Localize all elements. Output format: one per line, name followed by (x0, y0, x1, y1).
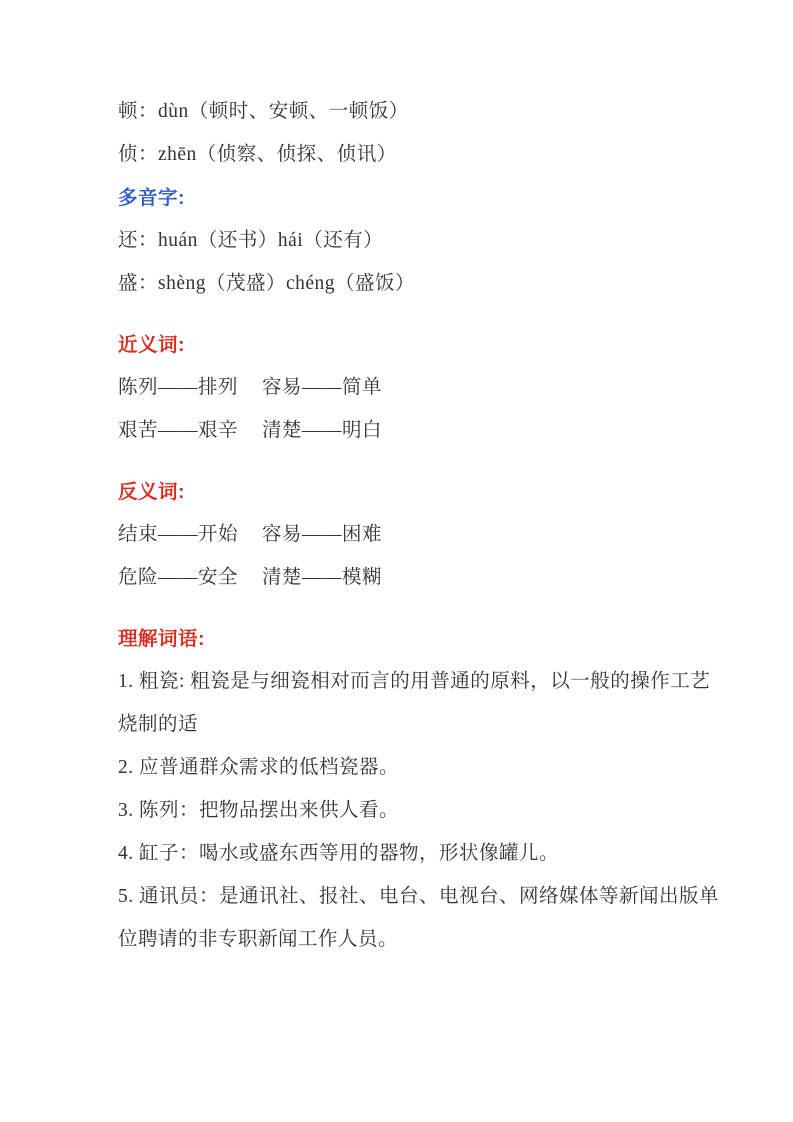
section-heading-polyphones: 多音字: (118, 186, 723, 210)
definition-line: 3. 陈列：把物品摆出来供人看。 (118, 799, 723, 823)
definition-line: 5. 通讯员：是通讯社、报社、电台、电视台、网络媒体等新闻出版单 (118, 885, 723, 909)
antonym-pair-row: 结束——开始容易——困难 (118, 523, 723, 547)
document-page: 顿：dùn（顿时、安顿、一顿饭） 侦：zhēn（侦察、侦探、侦讯） 多音字: 还… (0, 0, 793, 1122)
definition-line: 位聘请的非专职新闻工作人员。 (118, 928, 723, 952)
definition-line: 1. 粗瓷: 粗瓷是与细瓷相对而言的用普通的原料，以一般的操作工艺 (118, 670, 723, 694)
synonym-pair-row: 陈列——排列容易——简单 (118, 376, 723, 400)
synonym-pair: 陈列——排列 (118, 376, 262, 400)
synonym-pair: 艰苦——艰辛 (118, 419, 262, 443)
antonym-pair: 危险——安全 (118, 566, 262, 590)
antonym-pair: 容易——困难 (262, 524, 382, 545)
section-heading-definitions: 理解词语: (118, 627, 723, 651)
antonym-pair: 清楚——模糊 (262, 567, 382, 588)
pronunciation-line: 顿：dùn（顿时、安顿、一顿饭） (118, 100, 723, 124)
definition-line: 烧制的适 (118, 713, 723, 737)
synonym-pair: 容易——简单 (262, 377, 382, 398)
synonym-pair: 清楚——明白 (262, 420, 382, 441)
synonym-pair-row: 艰苦——艰辛清楚——明白 (118, 419, 723, 443)
pronunciation-line: 侦：zhēn（侦察、侦探、侦讯） (118, 143, 723, 167)
antonym-pair: 结束——开始 (118, 523, 262, 547)
definition-line: 4. 缸子：喝水或盛东西等用的器物，形状像罐儿。 (118, 842, 723, 866)
section-heading-antonyms: 反义词: (118, 480, 723, 504)
polyphone-line: 盛：shèng（茂盛）chéng（盛饭） (118, 272, 723, 296)
section-heading-synonyms: 近义词: (118, 333, 723, 357)
antonym-pair-row: 危险——安全清楚——模糊 (118, 566, 723, 590)
polyphone-line: 还：huán（还书）hái（还有） (118, 229, 723, 253)
definition-line: 2. 应普通群众需求的低档瓷器。 (118, 756, 723, 780)
